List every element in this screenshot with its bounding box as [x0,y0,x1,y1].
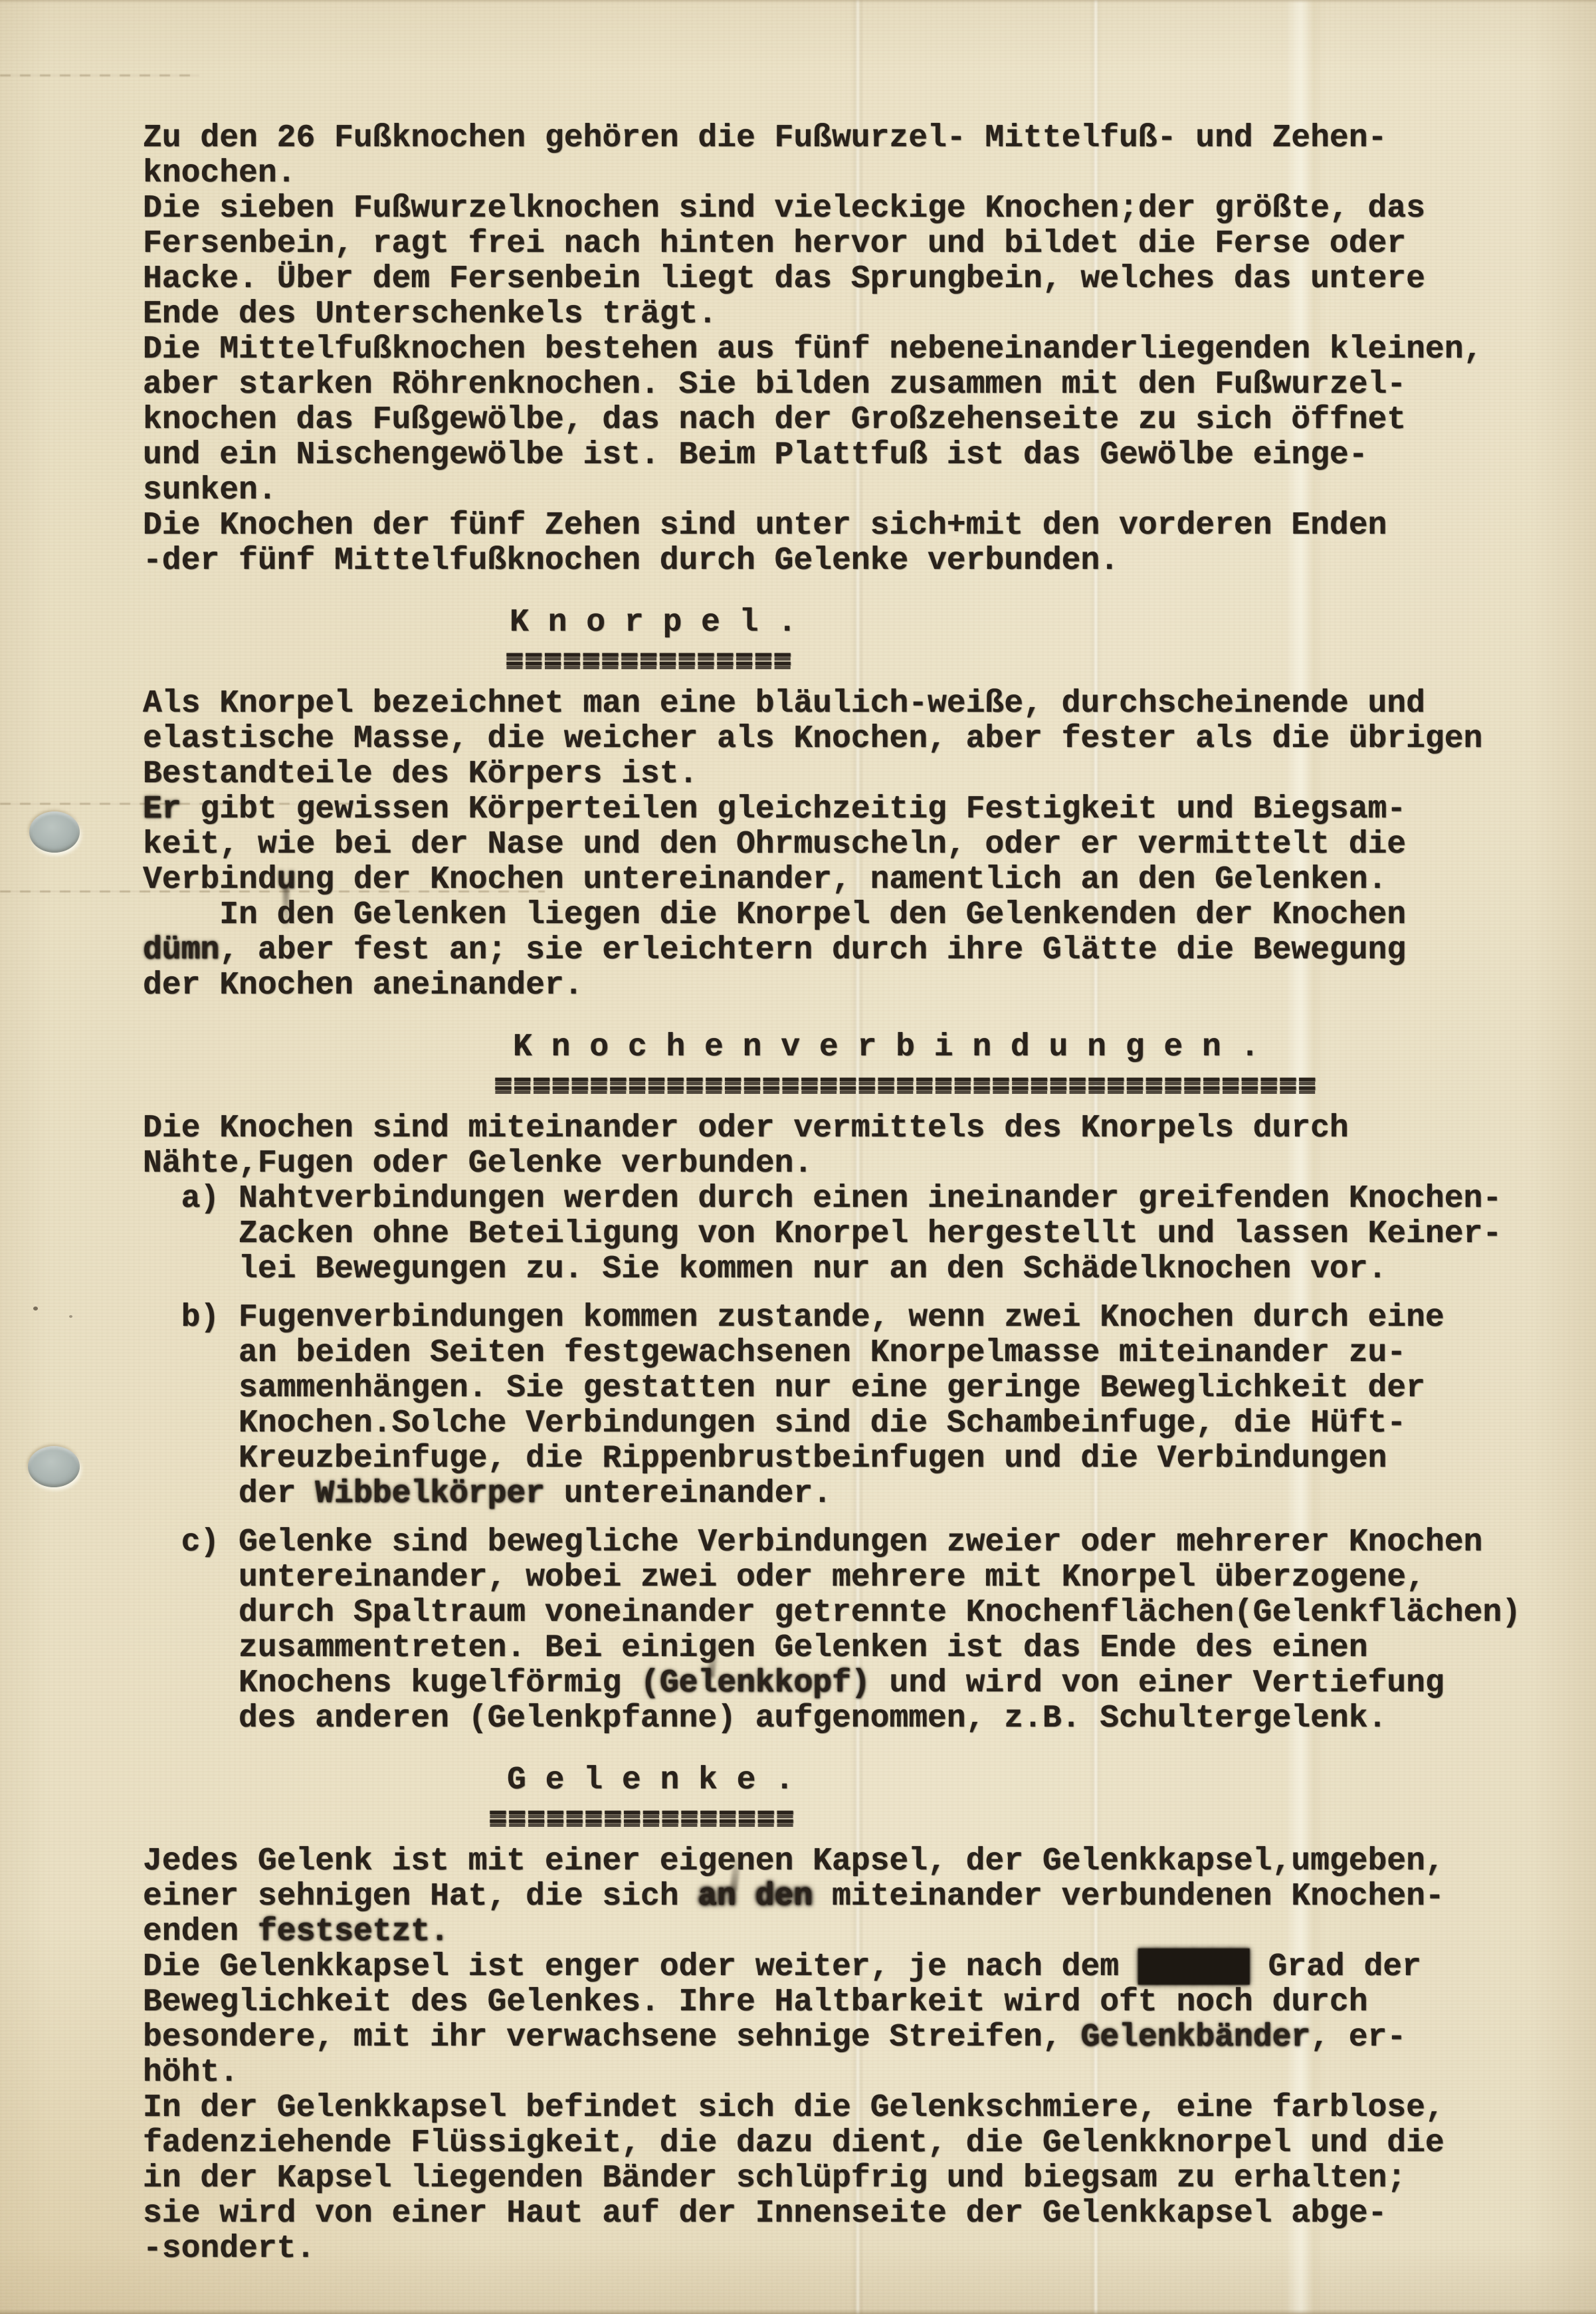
text-line: In der Gelenkkapsel befindet sich die Ge… [143,2091,1596,2126]
text-line: aber starken Röhrenknochen. Sie bilden z… [143,368,1596,403]
paragraph-gelenke: Jedes Gelenk ist mit einer eigenen Kapse… [143,1844,1596,2267]
text-line: enden festsetzt. [143,1915,1596,1950]
text-line: =============== [505,645,1596,680]
text-line: sunken. [143,473,1596,508]
paragraph-knochenverbindungen-intro: Die Knochen sind miteinander oder vermit… [143,1111,1596,1182]
text-line: Nähte,Fugen oder Gelenke verbunden. [143,1146,1596,1182]
text-run: miteinander verbundenen Knochen- [813,1879,1445,1915]
text-line: höht. [143,2055,1596,2091]
text-line: Verbindung der Knochen untereinander, na… [143,863,1596,898]
text-line: Die Mittelfußknochen bestehen aus fünf n… [143,332,1596,368]
paragraph-knorpel: Als Knorpel bezeichnet man eine bläulich… [143,686,1596,1003]
text-run: enden [143,1914,258,1950]
text-line: K n o c h e n v e r b i n d u n g e n . [513,1030,1596,1065]
text-run: Die Gelenkkapsel ist enger oder weiter, … [143,1949,1138,1985]
text-line: untereinander, wobei zwei oder mehrere m… [143,1560,1596,1596]
heading-knorpel: K n o r p e l . [510,605,1596,641]
text-line: Die Gelenkkapsel ist enger oder weiter, … [143,1950,1596,1985]
rule-gelenke: ================ [488,1802,1596,1838]
text-line: sie wird von einer Haut auf der Innensei… [143,2196,1596,2232]
text-line: einer sehnigen Hat, die sich an den mite… [143,1879,1596,1915]
text-line: Als Knorpel bezeichnet man eine bläulich… [143,686,1596,722]
text-line: der Knochen aneinander. [143,968,1596,1003]
scanned-page: Zu den 26 Fußknochen gehören die Fußwurz… [0,0,1596,2314]
seg-smudge: Wibbelkörper [315,1476,545,1512]
text-line: Ende des Unterschenkels trägt. [143,297,1596,332]
text-line: In den Gelenken liegen die Knorpel den G… [143,898,1596,933]
text-line: fadenziehende Flüssigkeit, die dazu dien… [143,2126,1596,2161]
text-line: Die Knochen der fünf Zehen sind unter si… [143,508,1596,544]
rule-knorpel: =============== [505,645,1596,680]
text-line: Die Knochen sind miteinander oder vermit… [143,1111,1596,1146]
text-run: besondere, mit ihr verwachsene sehnige S… [143,2020,1080,2055]
text-line: Knochen.Solche Verbindungen sind die Sch… [143,1406,1596,1441]
page-top-edge-shadow [0,0,1596,3]
text-line: ========================================… [494,1069,1596,1104]
rule-knochenverbindungen: ========================================… [494,1069,1596,1104]
text-line: besondere, mit ihr verwachsene sehnige S… [143,2020,1596,2055]
text-line: keit, wie bei der Nase und den Ohrmusche… [143,827,1596,863]
text-line: Die sieben Fußwurzelknochen sind vieleck… [143,191,1596,227]
text-run: der [143,1476,315,1512]
text-line: elastische Masse, die weicher als Knoche… [143,722,1596,757]
seg-blackout: ██████ [1138,1949,1249,1985]
paragraph-fussknochen: Zu den 26 Fußknochen gehören die Fußwurz… [143,121,1596,579]
text-line: zusammentreten. Bei einigen Gelenken ist… [143,1631,1596,1666]
text-line: und ein Nischengewölbe ist. Beim Plattfu… [143,438,1596,473]
heading-gelenke: G e l e n k e . [507,1763,1596,1798]
text-line: des anderen (Gelenkpfanne) aufgenommen, … [143,1701,1596,1736]
text-run: , aber fest an; sie erleichtern durch ih… [219,932,1406,968]
text-run: Verbind [143,862,277,898]
document-text: Zu den 26 Fußknochen gehören die Fußwurz… [143,121,1596,2267]
text-line: Beweglichkeit des Gelenkes. Ihre Haltbar… [143,1985,1596,2020]
text-line: Knochens kugelförmig (Gelenkkopf) und wi… [143,1666,1596,1701]
punch-hole-top [29,811,80,853]
text-line: sammenhängen. Sie gestatten nur eine ger… [143,1371,1596,1406]
text-run: Grad der [1249,1949,1421,1985]
seg-smudge: Er [143,791,181,827]
text-line: in der Kapsel liegenden Bänder schlüpfri… [143,2161,1596,2196]
text-line: der Wibbelkörper untereinander. [143,1477,1596,1512]
text-run: , er- [1310,2020,1406,2055]
text-line: G e l e n k e . [507,1763,1596,1798]
text-line: Hacke. Über dem Fersenbein liegt das Spr… [143,262,1596,297]
list-item-b-fugenverbindungen: b) Fugenverbindungen kommen zustande, we… [143,1301,1596,1512]
text-line: knochen. [143,156,1596,191]
text-line: an beiden Seiten festgewachsenen Knorpel… [143,1336,1596,1371]
text-run: untereinander. [545,1476,832,1512]
text-line: durch Spaltraum voneinander getrennte Kn… [143,1596,1596,1631]
ink-speck [69,1315,72,1318]
text-line: ================ [488,1802,1596,1838]
text-line: Kreuzbeinfuge, die Rippenbrustbeinfugen … [143,1441,1596,1477]
seg-smudge: festsetzt. [258,1914,449,1950]
ink-speck [33,1307,38,1311]
text-run: gibt gewissen Körperteilen gleichzeitig … [181,791,1407,827]
text-line: c) Gelenke sind bewegliche Verbindungen … [143,1525,1596,1560]
text-line: Zu den 26 Fußknochen gehören die Fußwurz… [143,121,1596,156]
text-line: a) Nahtverbindungen werden durch einen i… [143,1182,1596,1217]
text-line: Bestandteile des Körpers ist. [143,757,1596,792]
text-line: K n o r p e l . [510,605,1596,641]
heading-knochenverbindungen: K n o c h e n v e r b i n d u n g e n . [513,1030,1596,1065]
text-run: einer sehnigen Hat, die sich [143,1879,698,1915]
list-item-c-gelenke: c) Gelenke sind bewegliche Verbindungen … [143,1525,1596,1736]
text-line: knochen das Fußgewölbe, das nach der Gro… [143,403,1596,438]
text-line: lei Bewegungen zu. Sie kommen nur an den… [143,1252,1596,1287]
text-line: b) Fugenverbindungen kommen zustande, we… [143,1301,1596,1336]
text-line: Fersenbein, ragt frei nach hinten hervor… [143,227,1596,262]
list-item-a-nahtverbindungen: a) Nahtverbindungen werden durch einen i… [143,1182,1596,1287]
text-line: Jedes Gelenk ist mit einer eigenen Kapse… [143,1844,1596,1879]
punch-hole-bottom [28,1446,80,1487]
seg-blotted: an den [698,1879,813,1915]
text-line: Zacken ohne Beteiligung von Knorpel herg… [143,1217,1596,1252]
page-bottom-edge-shadow [0,2309,1596,2314]
text-line: Er gibt gewissen Körperteilen gleichzeit… [143,792,1596,827]
text-run: und wird von einer Vertiefung [870,1665,1445,1701]
paper-scratch-line [0,74,199,76]
text-line: -sondert. [143,2232,1596,2267]
seg-smudge: u [277,863,296,898]
text-run: ng der Knochen untereinander, namentlich… [296,862,1387,898]
text-line: dümn, aber fest an; sie erleichtern durc… [143,933,1596,968]
seg-smudge: Gelenkbänder [1080,2020,1310,2055]
text-line: -der fünf Mittelfußknochen durch Gelenke… [143,544,1596,579]
seg-smudge: (Gelenkkopf) [641,1666,870,1701]
seg-smudge: dümn [143,932,219,968]
text-run: Knochens kugelförmig [143,1665,641,1701]
